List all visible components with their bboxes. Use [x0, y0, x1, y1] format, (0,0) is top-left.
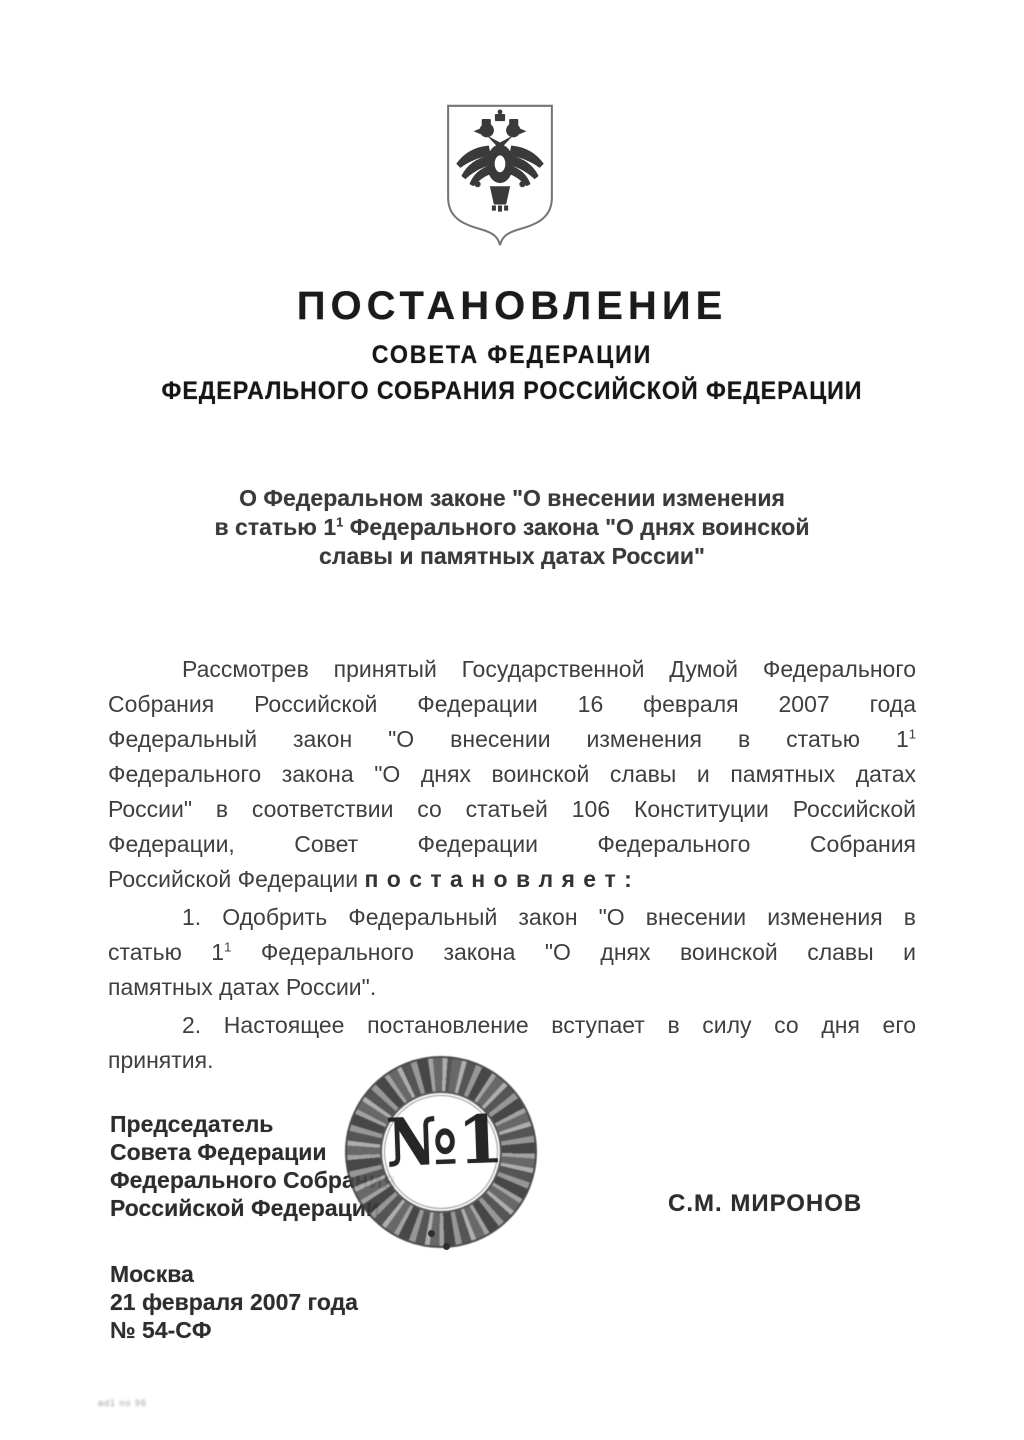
paragraph-line: Собрания Российской Федерации 16 февраля…	[108, 687, 916, 722]
subject-line: О Федеральном законе "О внесении изменен…	[0, 484, 1024, 513]
paragraph-line: памятных датах России".	[108, 970, 916, 1005]
resolves-keyword: п о с т а н о в л я е т :	[365, 866, 633, 892]
seal-number: №1	[385, 1100, 505, 1182]
seal-dot	[428, 1230, 435, 1237]
paragraph-line: Федеральный закон "О внесении изменения …	[108, 722, 916, 757]
decree-title: ПОСТАНОВЛЕНИЕ	[0, 284, 1024, 329]
superscript: 1	[909, 726, 916, 741]
seal-dot	[443, 1243, 450, 1250]
subject-heading: О Федеральном законе "О внесении изменен…	[0, 484, 1024, 571]
subject-line: в статью 11 Федерального закона "О днях …	[0, 513, 1024, 542]
intro-paragraph: Рассмотрев принятый Государственной Думо…	[108, 652, 916, 897]
council-line: СОВЕТА ФЕДЕРАЦИИ	[36, 341, 988, 370]
signer-name: С.М. МИРОНОВ	[668, 1190, 862, 1218]
paragraph-line: Федерального закона "О днях воинской сла…	[108, 757, 916, 792]
paragraph-line: статью 11 Федерального закона "О днях во…	[108, 935, 916, 970]
paragraph-line: Федерации, Совет Федерации Федерального …	[108, 827, 916, 862]
item-1: 1. Одобрить Федеральный закон "О внесени…	[108, 900, 916, 1005]
date-line: 21 февраля 2007 года	[110, 1288, 358, 1316]
footer-block: Москва 21 февраля 2007 года № 54-СФ	[110, 1260, 358, 1344]
number-line: № 54-СФ	[110, 1316, 358, 1344]
paragraph-line: принятия.	[108, 1043, 916, 1078]
paragraph-line: России" в соответствии со статьей 106 Ко…	[108, 792, 916, 827]
item-2: 2. Настоящее постановление вступает в си…	[108, 1008, 916, 1078]
title-block: ПОСТАНОВЛЕНИЕ СОВЕТА ФЕДЕРАЦИИ ФЕДЕРАЛЬН…	[0, 284, 1024, 406]
coat-of-arms	[441, 102, 559, 248]
place-line: Москва	[110, 1260, 358, 1288]
subject-line: славы и памятных датах России"	[0, 542, 1024, 571]
print-mark: ad1 no 96	[98, 1398, 147, 1408]
paragraph-line: Российской Федерации п о с т а н о в л я…	[108, 862, 916, 897]
paragraph-line: 2. Настоящее постановление вступает в си…	[108, 1008, 916, 1043]
body-text: Рассмотрев принятый Государственной Думо…	[108, 652, 916, 1078]
assembly-line: ФЕДЕРАЛЬНОГО СОБРАНИЯ РОССИЙСКОЙ ФЕДЕРАЦ…	[36, 377, 988, 406]
document-page: ПОСТАНОВЛЕНИЕ СОВЕТА ФЕДЕРАЦИИ ФЕДЕРАЛЬН…	[0, 0, 1024, 1440]
paragraph-line: 1. Одобрить Федеральный закон "О внесени…	[108, 900, 916, 935]
paragraph-line: Рассмотрев принятый Государственной Думо…	[108, 652, 916, 687]
signer-position-line: Российской Федерации	[110, 1194, 396, 1222]
